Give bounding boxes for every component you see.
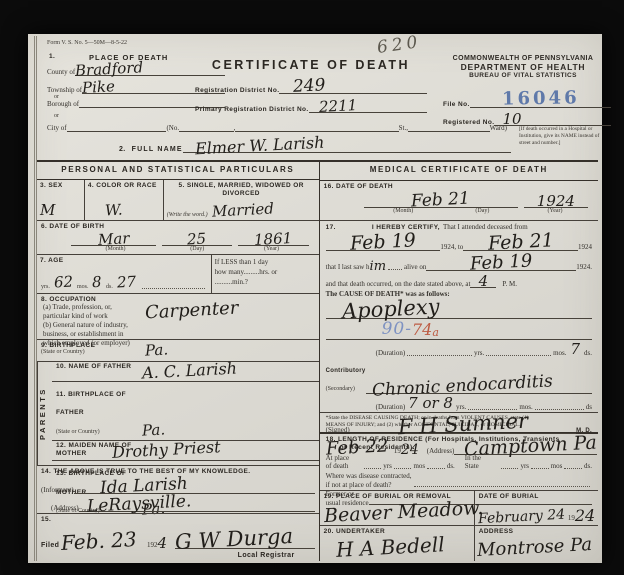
date-of-death-block: 16. DATE OF DEATH Feb 21 1924 (Month) (D… [320, 181, 598, 221]
file-no-stamp: 16046 [501, 87, 579, 109]
age-yrs-cap: yrs. [41, 284, 50, 290]
attended-from-year: 1924 [440, 243, 454, 251]
res-mos1: mos [413, 462, 425, 470]
dob-day-value: 25 [187, 232, 207, 248]
informant-address-value: LeRaysville. [86, 493, 191, 515]
dod-value: Feb 21 [411, 190, 471, 210]
registered-no-label: Registered No. [443, 119, 494, 126]
filed-label: Filed [41, 542, 59, 549]
residence-block: 18. LENGTH OF RESIDENCE (For Hospitals, … [320, 434, 598, 491]
burial-year-print: 19 [568, 514, 575, 522]
primary-district-label: Primary Registration District No. [195, 106, 309, 113]
form-body: PERSONAL AND STATISTICAL PARTICULARS 3. … [37, 160, 598, 561]
date-of-burial-label: DATE OF BURIAL [479, 493, 594, 500]
duration1-mos-value: 7 [570, 342, 580, 357]
full-name-label: FULL NAME [132, 146, 183, 153]
date-of-birth-block: 6. DATE OF BIRTH Mar 25 1861 (Month) (Da… [37, 221, 319, 255]
lastsaw-date: Feb 19 [470, 252, 533, 273]
father-birthplace-field: 11. BIRTHPLACE OF FATHER (State or Count… [52, 382, 319, 441]
city-row: City of (No. , St., Ward) [47, 124, 507, 132]
duration1-mos-cap: mos. [553, 349, 566, 357]
place-of-burial-value: Beaver Meadow. [323, 499, 483, 526]
age-cell: 7. AGE yrs. 62 mos. 8 ds. 27 [37, 255, 212, 293]
write-word-hint: (Write the word.) [167, 212, 208, 218]
in-the-2: State [465, 462, 479, 470]
filed-year-hand: 4 [157, 536, 167, 551]
mother-name-field: 12. MAIDEN NAME OF MOTHER Drothy Priest [52, 441, 319, 461]
registrar-signature: G W Durga [175, 526, 294, 553]
commonwealth-block: COMMONWEALTH OF PENNSYLVANIA DEPARTMENT … [437, 55, 609, 79]
age-mos-value: 8 [92, 274, 102, 289]
medical-column-title: MEDICAL CERTIFICATE OF DEATH [320, 162, 598, 181]
birthplace-value: Pa. [145, 342, 169, 358]
sex-label: 3. SEX [40, 182, 81, 189]
marital-value: Married [211, 201, 274, 219]
file-no-label: File No. [443, 101, 470, 108]
age-block: 7. AGE yrs. 62 mos. 8 ds. 27 [37, 255, 319, 294]
occupation-block: 8. OCCUPATION (a) Trade, profession, or,… [37, 294, 319, 340]
birthplace-cap: (State or Country) [41, 349, 95, 356]
form-border: Form V. S. No. 5—50M—8-5-22 1. PLACE OF … [34, 36, 598, 561]
where-contracted-1: Where was disease contracted, [326, 472, 412, 480]
department-line: DEPARTMENT OF HEALTH [437, 62, 609, 72]
registration-district-row: Registration District No. 249 [195, 78, 427, 94]
occupation-a2: particular kind of work [43, 312, 108, 320]
registration-district-label: Registration District No. [195, 87, 279, 94]
lastsaw-hand: im [370, 260, 387, 273]
duration1-ds-cap: ds. [584, 349, 592, 357]
cause-code-red: 74 [412, 320, 432, 339]
occupation-b1: (b) General nature of industry, [43, 321, 128, 329]
occupation-value: Carpenter [145, 299, 239, 322]
certify-block: 17. I HEREBY CERTIFY, That I attended de… [320, 221, 598, 413]
occupation-a1: (a) Trade, profession, or, [43, 303, 112, 311]
form-header: Form V. S. No. 5—50M—8-5-22 1. PLACE OF … [45, 36, 596, 160]
borough-label: Borough of [47, 100, 79, 108]
primary-district-value: 2211 [318, 98, 357, 115]
sex-race-marital-row: 3. SEX M 4. COLOR OR RACE W. 5. SINGLE, … [37, 180, 319, 221]
birthplace-block: 9. BIRTHPLACE (State or Country) Pa. [37, 340, 319, 362]
date-of-burial-value: February 24 [477, 508, 565, 527]
section-1-number: 1. [49, 53, 55, 60]
hospital-note: [If death occurred in a Hospital or Inst… [519, 126, 611, 146]
sex-value: M [40, 203, 55, 218]
form-number: Form V. S. No. 5—50M—8-5-22 [47, 40, 127, 46]
lastsaw-year: 1924. [576, 263, 592, 271]
cause-code-red-sup: a [432, 326, 439, 339]
duration2-ds-cap: ds [586, 403, 592, 411]
attended-to-year-print: 1924 [578, 243, 592, 251]
race-label: 4. COLOR OR RACE [88, 182, 160, 189]
undertaker-address-cell: ADDRESS Montrose Pa [475, 526, 598, 561]
county-label: County of [47, 68, 75, 76]
date-of-burial-cell: DATE OF BURIAL February 24 19 24 [475, 491, 598, 527]
contributory-cap: Contributory [326, 368, 366, 374]
township-value: Pike [82, 79, 116, 96]
father-name-value: A. C. Larish [142, 361, 238, 382]
certify-rest: That I attended deceased from [443, 223, 528, 231]
less-line1: If LESS than 1 day [215, 258, 269, 266]
res-ds1: ds. [447, 462, 455, 470]
street-label: St., [399, 124, 408, 132]
occurred-print: and that death occurred, on the date sta… [326, 280, 471, 288]
street-no-label: (No. [166, 124, 179, 132]
undertaker-value: H A Bedell [335, 534, 444, 560]
age-mos-cap: mos. [77, 284, 89, 290]
res-yrs1: yrs [383, 462, 392, 470]
res-yrs2: yrs [520, 462, 529, 470]
at-place-2: of death [326, 462, 349, 470]
duration1-cap: (Duration) [376, 349, 406, 357]
res-ds2: ds. [584, 462, 592, 470]
less-line2: how many.........hrs. or [215, 268, 278, 276]
lastsaw-print: that I last saw h [326, 263, 370, 271]
duration2-yrs-cap: yrs. [456, 403, 466, 411]
personal-column: PERSONAL AND STATISTICAL PARTICULARS 3. … [37, 162, 320, 561]
registration-district-value: 249 [293, 77, 326, 96]
marital-label: 5. SINGLE, MARRIED, WIDOWED OR DIVORCED [167, 182, 316, 198]
filed-year-print: 192 [147, 541, 158, 549]
duration1-yrs-cap: yrs. [474, 349, 484, 357]
full-name-number: 2. [119, 146, 126, 153]
burial-right: DATE OF BURIAL February 24 19 24 ADDRESS… [475, 491, 598, 561]
marital-cell: 5. SINGLE, MARRIED, WIDOWED OR DIVORCED … [164, 180, 319, 220]
age-yrs-value: 62 [53, 274, 73, 290]
informant-block: 14. THE ABOVE IS TRUE TO THE BEST OF MY … [37, 466, 319, 514]
less-line3: ..........min.? [215, 278, 248, 286]
father-name-label: 10. NAME OF FATHER [56, 363, 142, 370]
death-hour-value: 4 [479, 274, 489, 289]
burial-left: 19. PLACE OF BURIAL OR REMOVAL Beaver Me… [320, 491, 475, 561]
at-place-1: At place [326, 454, 350, 462]
mother-name-value: Drothy Priest [112, 439, 221, 461]
sex-cell: 3. SEX M [37, 180, 85, 220]
duration2-cap: (Duration) [376, 403, 406, 411]
pm-cap: P. M. [502, 280, 517, 288]
residence-title: 18. LENGTH OF RESIDENCE (For Hospitals, … [326, 436, 560, 443]
commonwealth-line: COMMONWEALTH OF PENNSYLVANIA [437, 55, 609, 62]
parents-vertical-label: PARENTS [37, 362, 52, 465]
race-cell: 4. COLOR OR RACE W. [85, 180, 164, 220]
undertaker-address-value: Montrose Pa [476, 536, 592, 560]
less-than-day-cell: If LESS than 1 day how many.........hrs.… [212, 255, 319, 293]
registered-no-row: Registered No. 10 [443, 112, 611, 126]
age-ds-value: 27 [116, 274, 136, 290]
parents-fields: 10. NAME OF FATHER A. C. Larish 11. BIRT… [52, 362, 319, 465]
dob-year-value: 1861 [254, 231, 293, 248]
res-mos2: mos [551, 462, 563, 470]
attended-from-value: Feb 19 [350, 231, 417, 253]
in-the-1: In the [465, 454, 481, 462]
age-ds-cap: ds. [106, 284, 113, 290]
filed-block: 15. Filed Feb. 23 192 4 G W Durga Local … [37, 514, 319, 561]
place-of-burial-cell: 19. PLACE OF BURIAL OR REMOVAL Beaver Me… [320, 491, 474, 527]
attended-to-word: , to [454, 243, 463, 251]
dod-year-value: 1924 [537, 194, 575, 209]
cause-value: Apoplexy [341, 296, 440, 322]
where-contracted-2: if not at place of death? [326, 481, 392, 489]
alive-print: alive on [404, 263, 426, 271]
penciled-number: 620 [376, 32, 423, 58]
parents-block: PARENTS 10. NAME OF FATHER A. C. Larish … [37, 362, 319, 466]
age-label: 7. AGE [40, 257, 208, 264]
bureau-line: BUREAU OF VITAL STATISTICS [437, 72, 609, 79]
occupation-b2: business, or establishment in [43, 330, 124, 338]
burial-block: 19. PLACE OF BURIAL OR REMOVAL Beaver Me… [320, 491, 598, 561]
death-certificate-paper: Form V. S. No. 5—50M—8-5-22 1. PLACE OF … [28, 34, 602, 563]
father-birthplace-label: 11. BIRTHPLACE OF FATHER [56, 391, 126, 416]
father-birthplace-value: Pa. [142, 423, 166, 439]
race-value: W. [104, 203, 122, 219]
full-name-value: Elmer W. Larish [194, 135, 324, 158]
certificate-title: CERTIFICATE OF DEATH [195, 58, 427, 72]
informant-cap: (Informant) [41, 486, 74, 494]
dod-year-cap: (Year) [522, 208, 588, 214]
father-name-field: 10. NAME OF FATHER A. C. Larish [52, 362, 319, 382]
birthplace-label: 9. BIRTHPLACE [41, 342, 95, 349]
burial-year-hand: 24 [575, 508, 595, 524]
secondary-cap: (Secondary) [326, 386, 355, 392]
father-birthplace-cap: (State or Country) [56, 429, 100, 435]
city-label: City of [47, 124, 67, 132]
file-no-row: File No. 16046 [443, 88, 611, 108]
residence-title2: or Recent Residents). [340, 444, 415, 451]
scanned-document-background: Form V. S. No. 5—50M—8-5-22 1. PLACE OF … [0, 0, 624, 575]
certify-number: 17. [326, 224, 336, 231]
or-label-2: or [54, 113, 59, 119]
medical-column: MEDICAL CERTIFICATE OF DEATH 16. DATE OF… [320, 162, 598, 561]
cause-code-blue: 90- [382, 319, 412, 339]
filed-date-value: Feb. 23 [61, 529, 138, 553]
informant-address-cap: (Address) [51, 504, 79, 512]
personal-column-title: PERSONAL AND STATISTICAL PARTICULARS [37, 162, 319, 180]
township-label: Township of [47, 86, 82, 94]
full-name-row: 2. FULL NAME Elmer W. Larish [119, 138, 511, 153]
county-value: Bradford [75, 60, 144, 79]
primary-district-row: Primary Registration District No. 2211 [195, 99, 427, 113]
registered-no-value: 10 [502, 112, 521, 127]
dob-month-value: Mar [97, 231, 129, 248]
undertaker-cell: 20. UNDERTAKER H A Bedell [320, 526, 474, 561]
filed-number: 15. [41, 516, 315, 523]
